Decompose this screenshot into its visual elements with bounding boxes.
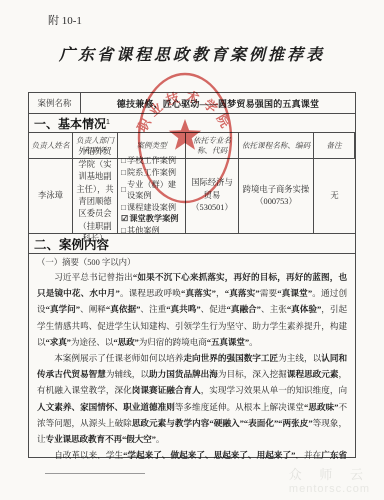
- section-basic-info-heading: 一、基本情况1: [29, 114, 355, 133]
- checkbox-unchecked-icon: □: [121, 184, 126, 196]
- case-type-option: □课程建设案例: [121, 202, 176, 214]
- section-case-content-heading: 二、案例内容: [29, 234, 355, 254]
- watermark-brand: 众 师 云: [289, 464, 370, 483]
- checkbox-unchecked-icon: □: [121, 202, 126, 214]
- case-type-option: □其他案例: [121, 225, 160, 237]
- case-type-cell: □学校工作案例 □院系工作案例 □专业（群）建设案例 □课程建设案例 ☑课堂教学…: [118, 159, 186, 234]
- checkbox-unchecked-icon: □: [121, 167, 126, 179]
- case-type-label: 其他案例: [127, 225, 160, 237]
- remark-cell: 无: [314, 159, 355, 234]
- basic-info-grid: 负责人姓名 负责人部门和职务 案例类型 依托专业名称、代码 依托课程名称、编码 …: [29, 133, 355, 234]
- scanned-form-page: 附 10-1 广东省课程思政教育案例推荐表 案例名称 德技兼修，匠心驱动——圆梦…: [0, 0, 384, 500]
- case-type-label: 学校工作案例: [127, 155, 176, 167]
- section2-title: 二、案例内容: [34, 235, 109, 253]
- course-cell: 跨境电子商务实操（000753）: [239, 159, 314, 234]
- case-type-label: 专业（群）建设案例: [127, 179, 182, 202]
- case-type-label: 院系工作案例: [127, 167, 176, 179]
- case-type-option: □专业（群）建设案例: [121, 179, 182, 202]
- checkbox-unchecked-icon: □: [121, 225, 126, 237]
- abstract-paragraph-2: 本案例展示了任课老师如何以培养走向世界的强国数字工匠为主线，以认同和传承古代贸易…: [37, 350, 347, 447]
- case-type-option: □院系工作案例: [121, 167, 176, 179]
- major-cell: 国际经济与贸易（530501）: [186, 159, 239, 234]
- case-type-option-selected: ☑课堂教学案例: [121, 213, 178, 225]
- section1-title: 一、基本情况: [34, 115, 106, 132]
- col-header-person-name: 负责人姓名: [29, 133, 73, 159]
- case-type-option: □学校工作案例: [121, 155, 176, 167]
- case-content-area: （一）摘要（500 字以内） 习近平总书记曾指出“如果不沉下心来抓落实，再好的目…: [29, 254, 355, 459]
- col-header-remark: 备注: [314, 133, 355, 159]
- col-header-course: 依托课程名称、编码: [239, 133, 314, 159]
- checkbox-checked-icon: ☑: [121, 213, 128, 225]
- abstract-paragraph-3: 自改革以来，学生“学起来了、做起来了、思起来了、用起来了”，并在广东省教育厅主办…: [37, 447, 347, 459]
- site-watermark: 众 师 云 mentorsc.com: [289, 464, 370, 495]
- checkbox-unchecked-icon: □: [121, 155, 126, 167]
- case-type-label: 课程建设案例: [127, 202, 176, 214]
- person-name-cell: 李泳璋: [29, 159, 73, 234]
- col-header-major: 依托专业名称、代码: [186, 133, 239, 159]
- case-name-row: 案例名称 德技兼修，匠心驱动——圆梦贸易强国的五真课堂: [29, 93, 355, 114]
- form-title: 广东省课程思政教育案例推荐表: [0, 42, 384, 65]
- case-name-label: 案例名称: [29, 93, 81, 113]
- case-type-label: 课堂教学案例: [129, 213, 178, 225]
- abstract-paragraph-1: 习近平总书记曾指出“如果不沉下心来抓落实，再好的目标，再好的蓝图，也只是镜中花、…: [37, 269, 347, 350]
- abstract-heading: （一）摘要（500 字以内）: [37, 256, 347, 269]
- recommendation-form-table: 案例名称 德技兼修，匠心驱动——圆梦贸易强国的五真课堂 一、基本情况1 负责人姓…: [28, 92, 356, 458]
- watermark-domain: mentorsc.com: [289, 483, 370, 495]
- attachment-number: 附 10-1: [48, 12, 82, 28]
- footnote-separator-line: [45, 473, 145, 474]
- department-cell: 外语外贸学院（实训基地副主任），共青团顺德区委员会（挂职副科长）: [73, 159, 118, 234]
- case-name-value: 德技兼修，匠心驱动——圆梦贸易强国的五真课堂: [81, 93, 355, 113]
